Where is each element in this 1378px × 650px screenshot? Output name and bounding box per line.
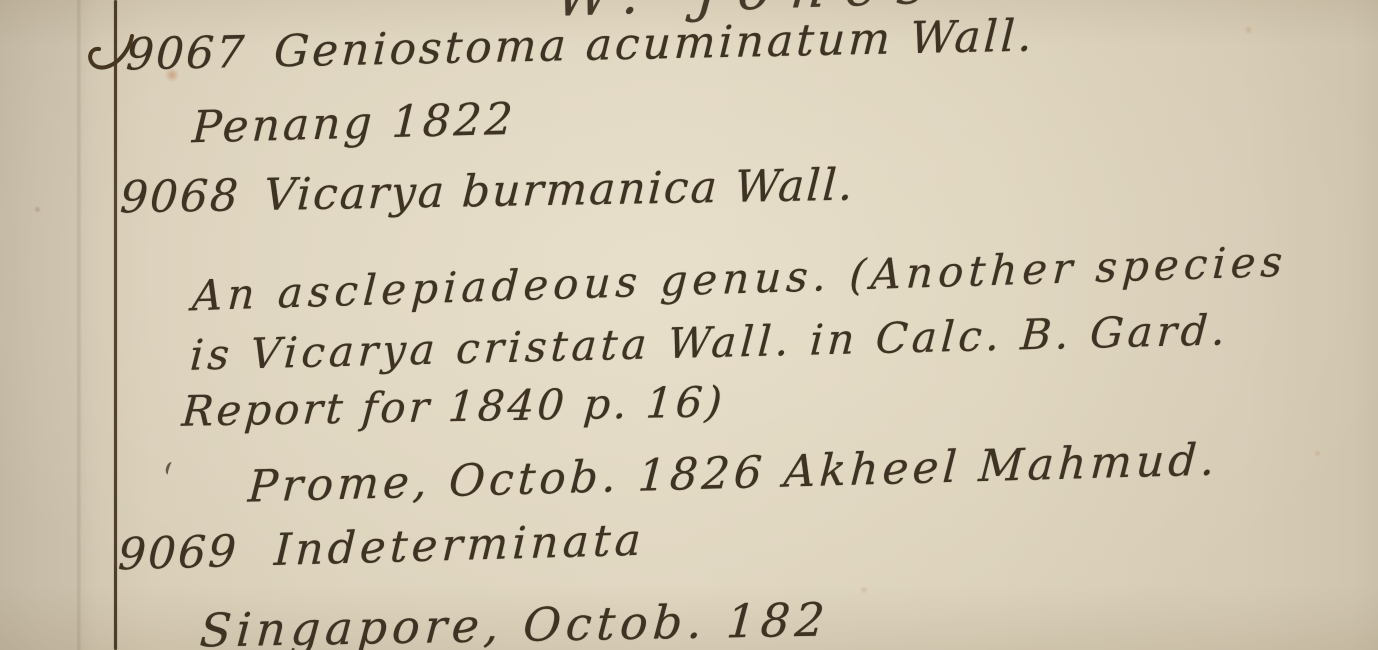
- entry-number: 9067: [125, 31, 247, 78]
- foxing-spot: [1244, 26, 1253, 34]
- foxing-spot: [1314, 450, 1321, 457]
- entry-line-9067: 9067 Geniostoma acuminatum Wall.: [125, 14, 1036, 77]
- entry-line-9069: 9069 Indeterminata: [117, 519, 646, 578]
- locality-line-9068: Prome, Octob. 1826 Akheel Mahmud.: [247, 438, 1220, 509]
- margin-rule-line: [114, 0, 117, 650]
- species-name: Vicarya burmanica Wall.: [263, 164, 856, 218]
- foxing-spot: [34, 206, 41, 213]
- foxing-spot: [860, 586, 868, 594]
- locality-line-9067: Penang 1822: [191, 98, 517, 151]
- note-line-2: is Vicarya cristata Wall. in Calc. B. Ga…: [189, 309, 1230, 376]
- note-line-1: An asclepiadeous genus. (Another species: [191, 241, 1288, 318]
- cut-off-locality-line-9069: Singapore, Octob. 182: [198, 596, 831, 650]
- note-line-3: Report for 1840 p. 16): [181, 381, 727, 433]
- species-name: Geniostoma acuminatum Wall.: [273, 14, 1036, 74]
- entry-line-9068: 9068 Vicarya burmanica Wall.: [119, 164, 856, 221]
- entry-number: 9068: [119, 174, 241, 220]
- entry-number: 9069: [117, 530, 239, 577]
- species-name: Indeterminata: [273, 519, 646, 573]
- manuscript-page-scan: W. Jones 9067 Geniostoma acuminatum Wall…: [0, 0, 1378, 650]
- page-edge-seam: [76, 0, 82, 650]
- stray-ink-mark: [164, 461, 176, 476]
